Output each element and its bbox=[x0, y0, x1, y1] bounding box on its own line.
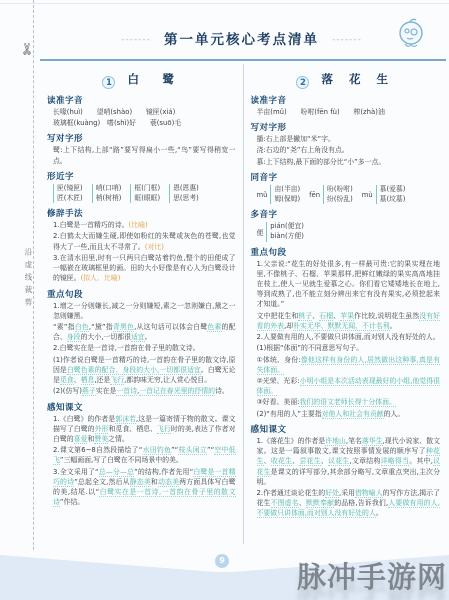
section-label: 修辞手法 bbox=[47, 207, 236, 219]
key-passage: 1.增之一分则嫌长,减之一分则嫌短,素之一忽则嫌白,黛之一忽则嫌黑。 bbox=[47, 301, 236, 321]
page-title: 第一单元核心考点清单 bbox=[164, 28, 319, 48]
rhetoric-item: 1.白鹭是一首精巧的诗。(比喻) bbox=[47, 220, 236, 230]
mascot-icon bbox=[397, 18, 425, 56]
section-similar-characters: 形近字 匣(镜匣) 匠(木匠) 哨(口哨) 梢(树梢) 框(门框) 眶(眼眶) bbox=[47, 170, 236, 203]
section-character-form-2: 写对字形 播:右上部是撇加“米”字。 浇:右边的“尧”右上角没有点。 慕:上下结… bbox=[251, 121, 441, 167]
overview-item: 3.全文采用了“总—分—总”的结构,作者先用“白鹭是一首精巧的诗”总起全文,然后… bbox=[47, 467, 236, 508]
homophone-groups: mǔ 亩(半亩) 姆(保姆) fēn 吩(吩咐) 纷(纷乱) bbox=[251, 185, 441, 204]
section-pronunciation-2: 读准字音 半亩(mǔ) 吩咐(fēn fù) 榨(zhà)油 bbox=[251, 94, 441, 117]
section-pronunciation-1: 读准字音 长喙(huì) 望哨(shào) 镜匣(xiá) 玻璃框(kuàng)… bbox=[47, 94, 236, 128]
pinyin-line: 玻璃框(kuàng) 嗜(shì)好 蓑(suō)毛 bbox=[47, 118, 236, 128]
section-label: 形近字 bbox=[47, 170, 236, 182]
cut-along-line-label: 沿虚线裁剪 bbox=[23, 248, 34, 311]
key-passage: 文中把花生和桃子、石榴、苹果作比较,说明花生虽然没有好看的外表,却朴实无华、默默… bbox=[251, 311, 441, 331]
section-text-overview-1: 感知课文 1.《白鹭》的作者是郭沫若,这是一篇寄情于物的散文。课文描写了白鹭的外… bbox=[47, 401, 236, 508]
overview-item: 2.课文第6~8自然段描绘了“水田钓鱼”“枝头闲立”“空中低飞”三幅画面,写了白… bbox=[47, 445, 236, 465]
overview-item: 1.《落花生》的作者是许地山,笔名落华生,现代小说家、散文家。这是一篇叙事散文,… bbox=[251, 436, 441, 487]
overview-item: 1.《白鹭》的作者是郭沫若,这是一篇寄情于物的散文。课文描写了白鹭的外形和觅食、… bbox=[47, 414, 236, 445]
character-form-note: 鹭:上下结构,上部“路”要写得扁小一些,“鸟”要写得稍宽一点。 bbox=[47, 145, 236, 165]
section-key-passages-2: 重点句段 1.父亲说:“花生的好处很多,有一样最可贵:它的果实埋在地里,不像桃子… bbox=[251, 246, 441, 419]
homophone-group: mù 慕(爱慕) 墓(坟墓) bbox=[362, 185, 406, 204]
character-form-note: 慕:上下结构,最下面的部分比“小”多一点。 bbox=[251, 157, 441, 167]
section-label: 感知课文 bbox=[47, 401, 236, 413]
section-label: 读准字音 bbox=[47, 94, 236, 106]
page-number-badge: 9 bbox=[215, 554, 229, 568]
similar-character-pairs: 匣(镜匣) 匠(木匠) 哨(口哨) 梢(树梢) 框(门框) 眶(眼眶) 恩(恩惠… bbox=[47, 184, 236, 203]
character-pair: 哨(口哨) 梢(树梢) bbox=[92, 184, 122, 203]
section-character-form-1: 写对字形 鹭:上下结构,上部“路”要写得扁小一些,“鸟”要写得稍宽一点。 bbox=[47, 132, 236, 165]
overview-item: 2.作者通过谈论花生的好处,采用借物喻人的写作方法,揭示了花生不图虚名、默默奉献… bbox=[251, 488, 441, 519]
content-columns: 1 白 鹭 读准字音 长喙(huì) 望哨(shào) 镜匣(xiá) 玻璃框(… bbox=[40, 64, 447, 544]
lesson-1-header: 1 白 鹭 bbox=[47, 68, 236, 89]
header-rule bbox=[40, 59, 446, 61]
key-passage: (2)“有用的人”主要指对他人和社会有贡献的人。 bbox=[251, 409, 441, 419]
section-label: 写对字形 bbox=[47, 132, 236, 144]
section-label: 重点句段 bbox=[47, 288, 236, 300]
title-dash-right: ------- bbox=[332, 35, 362, 45]
section-key-passages-1: 重点句段 1.增之一分则嫌长,减之一分则嫌短,素之一忽则嫌白,黛之一忽则嫌黑。 … bbox=[47, 288, 236, 397]
key-passage: ③好看、美丽:我们的语文老师长得十分体面。 bbox=[251, 397, 441, 407]
homophone-group: fēn 吩(吩咐) 纷(纷乱) bbox=[309, 185, 353, 204]
section-label: 重点句段 bbox=[251, 246, 441, 258]
key-passage: “素”指白色,“黛”指青黑色,从这句话可以体会白鹭色素的配合、身段的大小,一切都… bbox=[47, 322, 236, 342]
lesson-2-title: 落 花 生 bbox=[322, 72, 395, 86]
title-dash-left: ------- bbox=[121, 35, 151, 45]
key-passage: (1)作者说白鹭是一首精巧的诗,一首韵在骨子里的散文诗,原因是白鹭色素的配合、身… bbox=[47, 355, 236, 386]
character-pair: 恩(恩惠) 思(思考) bbox=[169, 184, 199, 203]
section-text-overview-2: 感知课文 1.《落花生》的作者是许地山,笔名落华生,现代小说家、散文家。这是一篇… bbox=[251, 423, 441, 519]
key-passage: 2.人要做有用的人,不要做只讲体面,而对别人没有好处的人。 bbox=[251, 332, 441, 342]
key-passage: (1)根据“体面”的不同意思写句子。 bbox=[251, 343, 441, 353]
lesson-2-header: 2 落 花 生 bbox=[251, 68, 441, 89]
rhetoric-item: 3.在清水田里,时有一只两只白鹭站着钓鱼,整个的田便成了一幅嵌在玻璃框里的画。田… bbox=[47, 253, 236, 284]
key-passage: (2)(仿写)燕子实在是一首诗,一首记在春光里的抒情的诗。 bbox=[47, 386, 236, 396]
lesson-2-number-badge: 2 bbox=[296, 76, 309, 89]
page-top-border bbox=[0, 3, 449, 4]
character-pair: 框(门框) 眶(眼眶) bbox=[130, 184, 160, 203]
lesson-1-number-badge: 1 bbox=[102, 76, 115, 89]
section-label: 读准字音 bbox=[251, 94, 441, 106]
character-pair: 匣(镜匣) 匠(木匠) bbox=[53, 184, 83, 203]
scissors-icon: ✄ bbox=[18, 43, 36, 56]
key-passage: 1.父亲说:“花生的好处很多,有一样最可贵:它的果实埋在地里,不像桃子、石榴、苹… bbox=[251, 259, 441, 310]
homophone-group: mǔ 亩(半亩) 姆(保姆) bbox=[257, 185, 301, 204]
section-label: 同音字 bbox=[251, 171, 441, 183]
key-passage: ②光荣、光彩:小明小组是本次活动表现最好的小组,他觉得很体面。 bbox=[251, 376, 441, 396]
lesson-1-title: 白 鹭 bbox=[128, 72, 181, 86]
key-passage: ①体统、身份:像他这样有身份的人,居然做出这种事,真是有失体面。 bbox=[251, 355, 441, 375]
character-form-note: 浇:右边的“尧”右上角没有点。 bbox=[251, 145, 441, 155]
rhetoric-item: 2.白鹤太大而嫌生硬,即使如粉红的朱鹭或灰色的苍鹭,也觉得大了一些,而且太不寻常… bbox=[47, 231, 236, 251]
section-polyphones: 多音字 便 pián(便宜) biàn(方便) bbox=[251, 208, 441, 241]
section-rhetoric: 修辞手法 1.白鹭是一首精巧的诗。(比喻) 2.白鹤太大而嫌生硬,即使如粉红的朱… bbox=[47, 207, 236, 283]
pinyin-line: 长喙(huì) 望哨(shào) 镜匣(xiá) bbox=[47, 107, 236, 117]
page-header: ------- 第一单元核心考点清单 ------- bbox=[40, 28, 443, 48]
pinyin-line: 半亩(mǔ) 吩咐(fēn fù) 榨(zhà)油 bbox=[251, 107, 441, 117]
key-passage: 2.白鹭实在是一首诗,一首韵在骨子里的散文诗。 bbox=[47, 343, 236, 353]
character-form-note: 播:右上部是撇加“米”字。 bbox=[251, 134, 441, 144]
site-watermark: 脉冲手游网 bbox=[297, 555, 447, 596]
study-sheet-page: ✄ 沿虚线裁剪 ------- 第一单元核心考点清单 ------- 1 白 鹭 bbox=[0, 0, 449, 600]
lesson-1-column: 1 白 鹭 读准字音 长喙(huì) 望哨(shào) 镜匣(xiá) 玻璃框(… bbox=[40, 64, 244, 544]
section-homophones: 同音字 mǔ 亩(半亩) 姆(保姆) fēn 吩(吩咐) 纷(纷乱) bbox=[251, 171, 441, 204]
section-label: 写对字形 bbox=[251, 121, 441, 133]
section-label: 感知课文 bbox=[251, 423, 441, 435]
lesson-2-column: 2 落 花 生 读准字音 半亩(mǔ) 吩咐(fēn fù) 榨(zhà)油 写… bbox=[244, 64, 448, 544]
polyphone-groups: 便 pián(便宜) biàn(方便) bbox=[251, 222, 441, 241]
polyphone-group: 便 pián(便宜) biàn(方便) bbox=[257, 222, 304, 241]
section-label: 多音字 bbox=[251, 208, 441, 220]
